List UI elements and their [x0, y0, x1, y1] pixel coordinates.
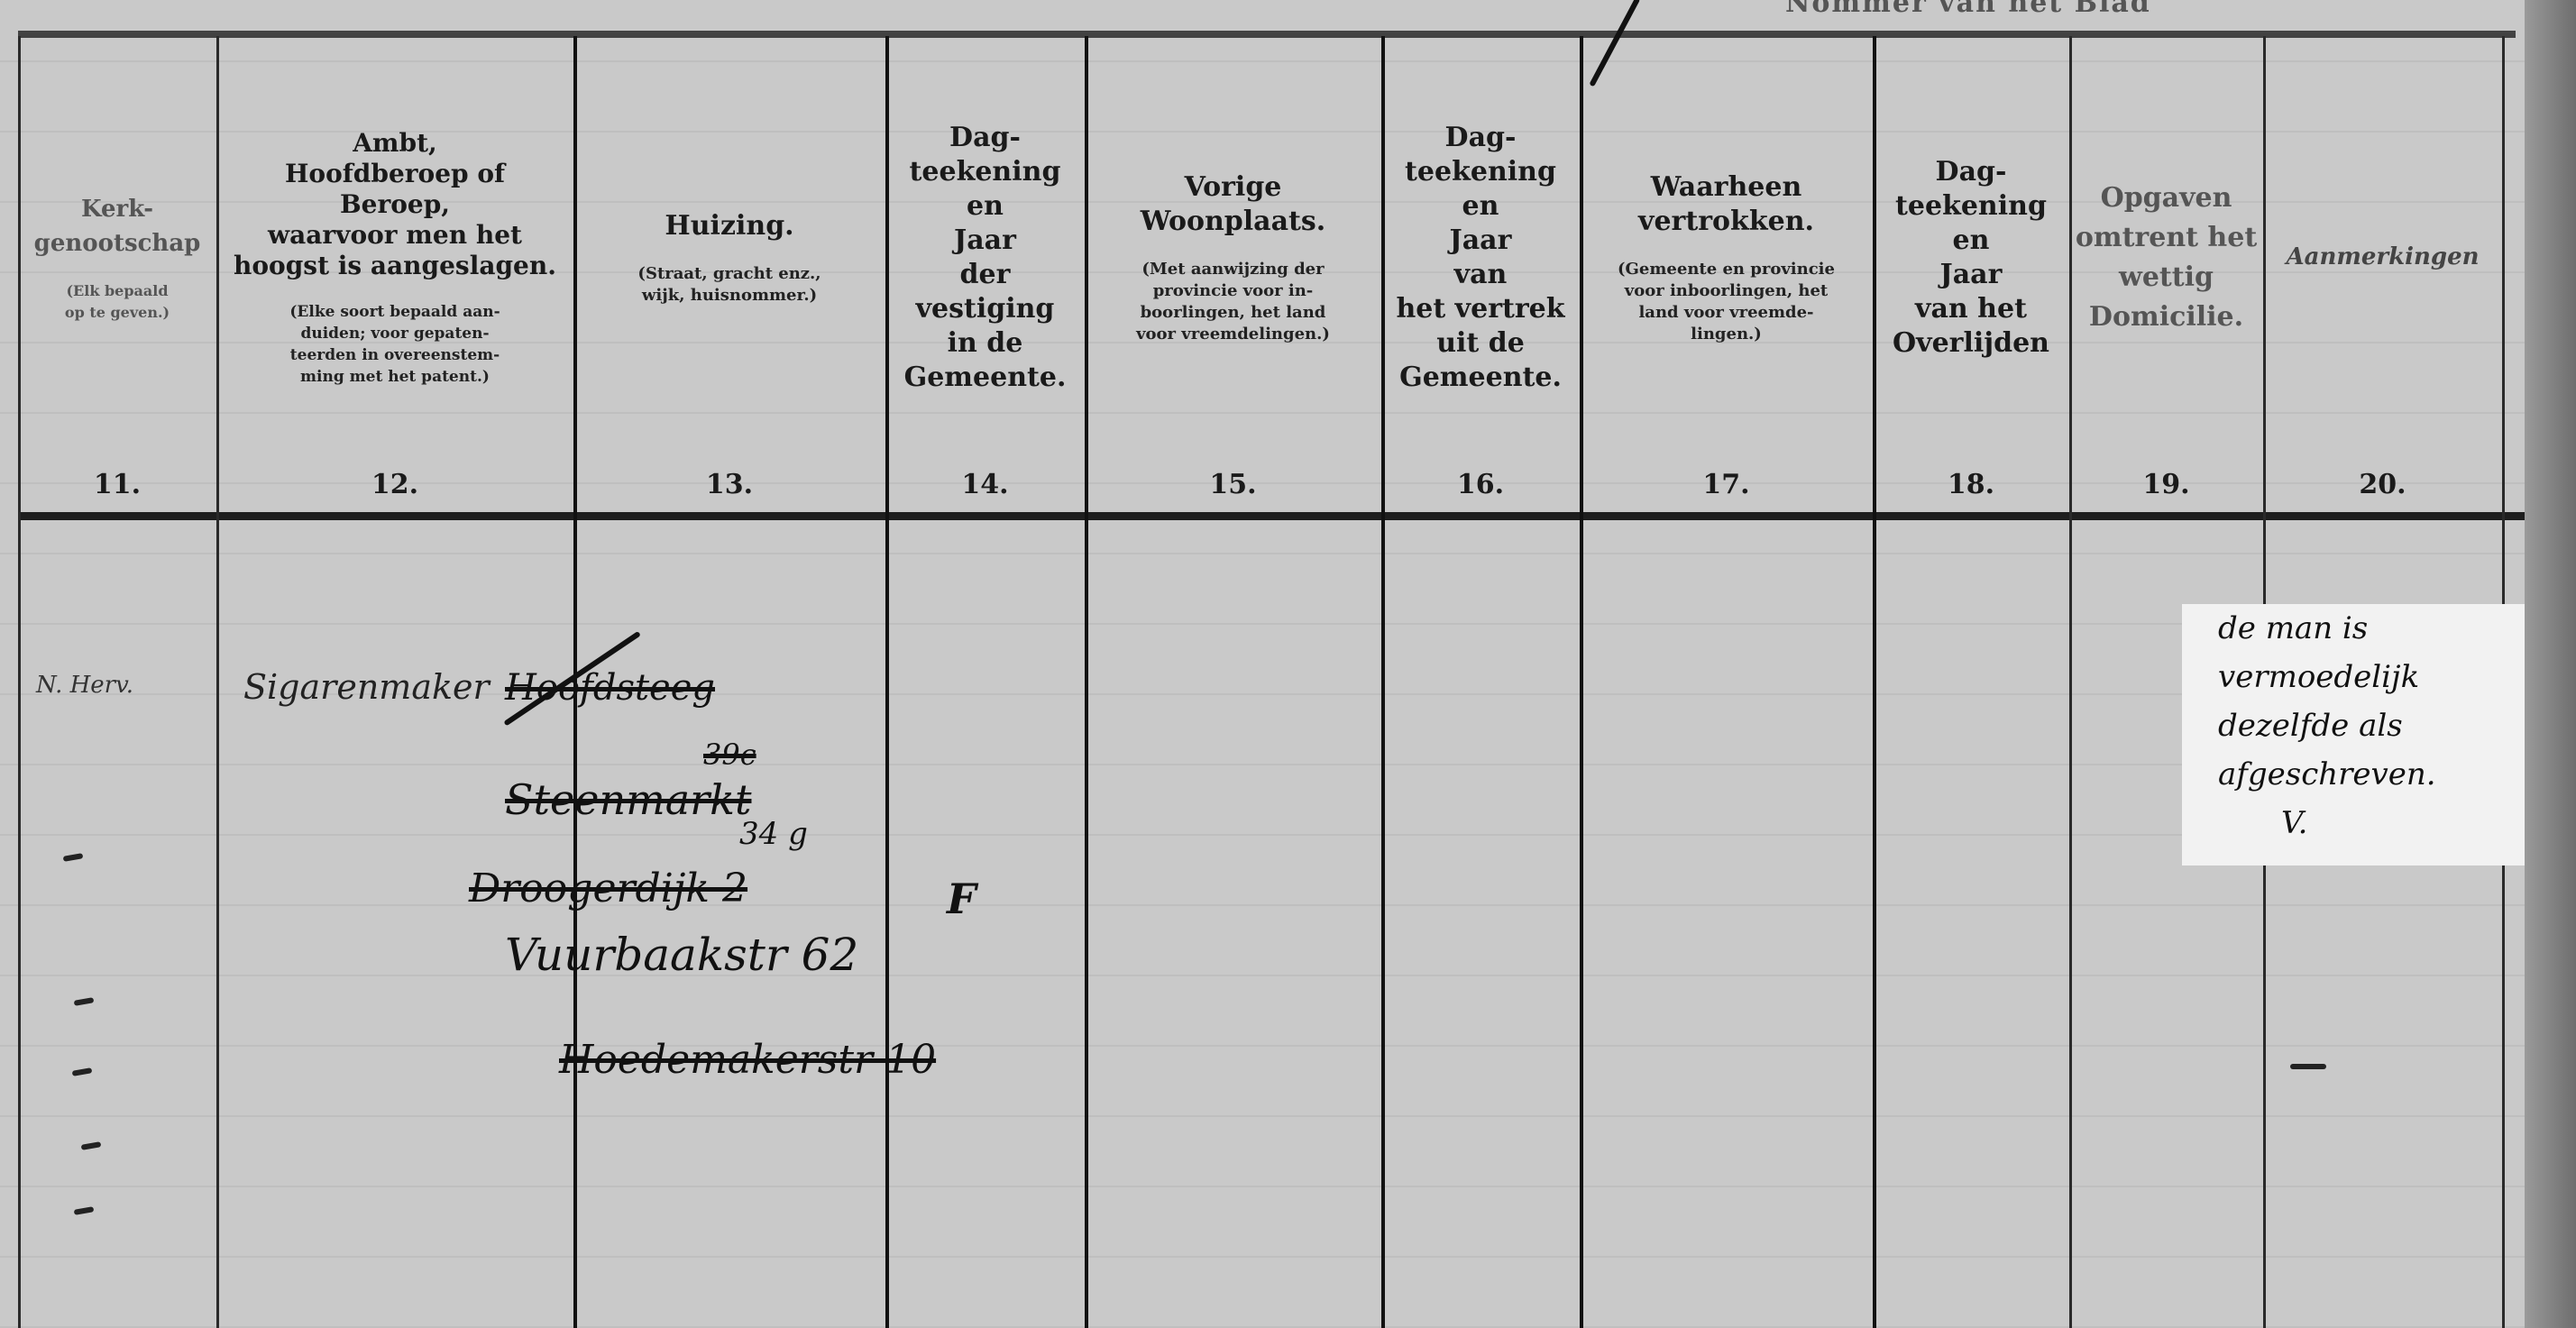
header-vorige-woonplaats: Vorige Woonplaats. (Met aanwijzing der p… — [1085, 41, 1381, 474]
header-note: (Gemeente en provincie voor inboorlingen… — [1618, 259, 1835, 345]
header-title: Dag- teekening en Jaar van het Overlijde… — [1893, 155, 2049, 361]
header-title: Vorige Woonplaats. — [1141, 170, 1326, 239]
column-number: 15. — [1085, 469, 1381, 500]
column-number: 12. — [216, 469, 573, 500]
remarks-line: dezelfde als — [2182, 701, 2543, 750]
page-edge — [2525, 0, 2576, 1328]
remarks-line: vermoedelijk — [2182, 653, 2543, 701]
header-huizing: Huizing. (Straat, gracht enz., wijk, hui… — [573, 41, 885, 474]
entry-beroep: Sigarenmaker — [243, 667, 490, 707]
column-number: 20. — [2263, 469, 2502, 500]
header-datum-vertrek: Dag- teekening en Jaar van het vertrek u… — [1381, 41, 1580, 474]
column-number: 16. — [1381, 469, 1580, 500]
header-title: Ambt, Hoofdberoep of Beroep, waarvoor me… — [234, 128, 556, 281]
ditto-mark — [74, 997, 95, 1006]
entry-huizing-line: Vuurbaakstr 62 — [505, 929, 858, 981]
remarks-note: de man is vermoedelijk dezelfde als afge… — [2182, 604, 2543, 865]
header-top-rule — [18, 31, 2516, 38]
entry-huizing-line: Hoedemakerstr 10 — [559, 1037, 936, 1083]
header-bottom-rule — [18, 512, 2525, 520]
remarks-line: V. — [2182, 799, 2543, 847]
header-datum-vestiging: Dag- teekening en Jaar der vestiging in … — [885, 41, 1085, 474]
column-number: 18. — [1873, 469, 2069, 500]
entry-kerkgenootschap: N. Herv. — [36, 672, 133, 699]
ditto-mark — [81, 1141, 102, 1150]
header-title: Dag- teekening en Jaar van het vertrek u… — [1396, 121, 1564, 395]
header-note: (Met aanwijzing der provincie voor in- b… — [1136, 259, 1330, 345]
column-number: 17. — [1580, 469, 1873, 500]
column-number: 13. — [573, 469, 885, 500]
ditto-mark — [2290, 1064, 2326, 1069]
header-note: (Elk bepaald op te geven.) — [65, 280, 170, 324]
column-number: 19. — [2069, 469, 2263, 500]
header-aanmerkingen: Aanmerkingen — [2263, 41, 2502, 474]
header-datum-overlijden: Dag- teekening en Jaar van het Overlijde… — [1873, 41, 2069, 474]
header-waarheen-vertrokken: Waarheen vertrokken. (Gemeente en provin… — [1580, 41, 1873, 474]
header-domicilie: Opgaven omtrent het wettig Domicilie. — [2069, 41, 2263, 474]
ditto-mark — [72, 1067, 93, 1076]
header-title: Kerk- genootschap — [34, 192, 201, 261]
header-note: (Straat, gracht enz., wijk, huisnommer.) — [637, 263, 820, 307]
header-title: Huizing. — [665, 209, 793, 243]
entry-huizing-line: 34 g — [739, 816, 808, 852]
remarks-line: de man is — [2182, 604, 2543, 653]
remarks-line: afgeschreven. — [2182, 750, 2543, 799]
register-page: Nommer van het Blad Kerk- genootschap (E… — [0, 0, 2525, 1328]
top-strip-text: Nommer van het Blad — [1785, 0, 2151, 19]
entry-huizing-line: Droogerdijk 2 — [469, 865, 747, 911]
entry-huizing-line: F — [947, 875, 976, 923]
header-title: Dag- teekening en Jaar der vestiging in … — [904, 121, 1067, 395]
header-kerkgenootschap: Kerk- genootschap (Elk bepaald op te gev… — [18, 41, 216, 474]
ditto-mark — [63, 853, 84, 862]
header-title: Opgaven omtrent het wettig Domicilie. — [2076, 179, 2257, 337]
header-title: Waarheen vertrokken. — [1638, 170, 1814, 239]
header-note: (Elke soort bepaald aan- duiden; voor ge… — [289, 301, 500, 388]
column-number: 11. — [18, 469, 216, 500]
entry-huizing-line: Steenmarkt — [505, 775, 751, 824]
header-beroep: Ambt, Hoofdberoep of Beroep, waarvoor me… — [216, 41, 573, 474]
entry-huizing-line: 39c — [703, 737, 756, 772]
ditto-mark — [74, 1206, 95, 1215]
header-title: Aanmerkingen — [2286, 240, 2479, 274]
column-number: 14. — [885, 469, 1085, 500]
